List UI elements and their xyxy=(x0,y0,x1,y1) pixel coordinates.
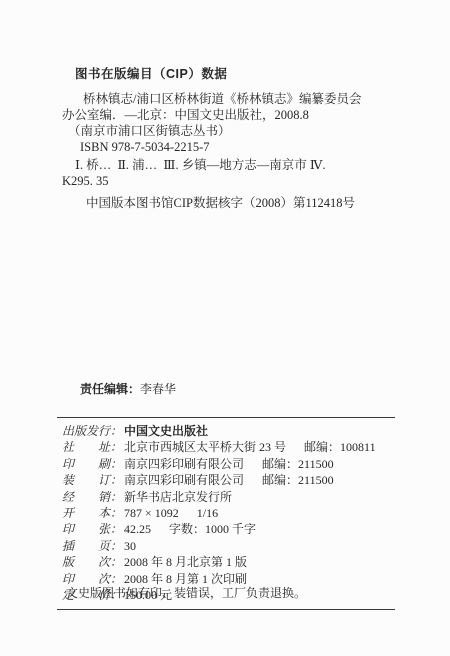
cip-publisher-line: 办公室编．—北京：中国文史出版社，2008.8 xyxy=(62,107,398,123)
cip-section: 图书在版编目（CIP）数据 桥林镇志/浦口区桥林街道《桥林镇志》编纂委员会 办公… xyxy=(62,66,398,211)
cip-isbn: ISBN 978-7-5034-2215-7 xyxy=(62,139,398,155)
colophon-section: 责任编辑：李春华 出版发行：中国文史出版社 社址：北京市西城区太平桥大街 23 … xyxy=(62,368,393,610)
cip-series-line: （南京市浦口区街镇志丛书） xyxy=(62,123,398,139)
row-colon: ： xyxy=(110,424,122,438)
row-format: 开本：787 × 10921/16 xyxy=(62,505,393,521)
row-publisher: 出版发行：中国文史出版社 xyxy=(62,423,393,439)
row-extra: 邮编：211500 xyxy=(262,473,334,487)
row-binding: 装订：南京四彩印刷有限公司邮编：211500 xyxy=(62,472,393,488)
row-colon: ： xyxy=(110,440,122,454)
row-label: 版次 xyxy=(62,554,110,570)
row-sheets: 印张：42.25字数：1000 千字 xyxy=(62,521,393,537)
row-value: 新华书店北京发行所 xyxy=(124,490,232,504)
colophon-rows: 出版发行：中国文史出版社 社址：北京市西城区太平桥大街 23 号邮编：10081… xyxy=(62,423,393,603)
cip-record-line: 中国版本图书馆CIP数据核字（2008）第112418号 xyxy=(62,195,398,211)
row-impression: 印次：2008 年 8 月第 1 次印刷 xyxy=(62,571,393,587)
row-label: 印张 xyxy=(62,521,110,537)
row-colon: ： xyxy=(110,522,122,536)
row-label: 装订 xyxy=(62,472,110,488)
row-extra: 邮编：100811 xyxy=(304,440,376,454)
row-label: 插页 xyxy=(62,538,110,554)
row-colon: ： xyxy=(110,539,122,553)
copyright-page: 图书在版编目（CIP）数据 桥林镇志/浦口区桥林街道《桥林镇志》编纂委员会 办公… xyxy=(0,0,450,656)
row-colon: ： xyxy=(110,555,122,569)
divider-bottom xyxy=(57,609,395,610)
row-label: 社址 xyxy=(62,439,110,455)
cip-class-code: K295. 35 xyxy=(62,173,398,189)
row-colon: ： xyxy=(110,490,122,504)
row-inserts: 插页：30 xyxy=(62,538,393,554)
row-extra: 1/16 xyxy=(197,506,218,520)
row-value: 南京四彩印刷有限公司 xyxy=(124,457,244,471)
row-colon: ： xyxy=(110,473,122,487)
row-extra: 邮编：211500 xyxy=(262,457,334,471)
row-label: 经销 xyxy=(62,489,110,505)
row-value: 南京四彩印刷有限公司 xyxy=(124,473,244,487)
cip-classification-line: Ⅰ. 桥… Ⅱ. 浦… Ⅲ. 乡镇—地方志—南京市 Ⅳ. xyxy=(62,157,398,173)
editor-label: 责任编辑 xyxy=(80,382,128,396)
editor-colon: ： xyxy=(128,382,140,396)
return-policy-note: 文史版图书如有印、装错误，工厂负责退换。 xyxy=(66,586,394,601)
row-label: 出版发行 xyxy=(62,423,110,439)
row-label: 印刷 xyxy=(62,456,110,472)
divider-top xyxy=(57,417,395,418)
row-label: 开本 xyxy=(62,505,110,521)
row-colon: ： xyxy=(110,457,122,471)
row-value: 中国文史出版社 xyxy=(124,424,208,438)
row-value: 30 xyxy=(124,539,136,553)
row-colon: ： xyxy=(110,506,122,520)
row-value: 2008 年 8 月北京第 1 版 xyxy=(124,555,247,569)
row-colon: ： xyxy=(110,572,122,586)
row-label: 印次 xyxy=(62,571,110,587)
row-distributor: 经销：新华书店北京发行所 xyxy=(62,489,393,505)
row-value: 2008 年 8 月第 1 次印刷 xyxy=(124,572,247,586)
row-edition: 版次：2008 年 8 月北京第 1 版 xyxy=(62,554,393,570)
cip-title-line: 桥林镇志/浦口区桥林街道《桥林镇志》编纂委员会 xyxy=(62,91,398,107)
row-printer: 印刷：南京四彩印刷有限公司邮编：211500 xyxy=(62,456,393,472)
row-value: 42.25 xyxy=(124,522,151,536)
row-value: 北京市西城区太平桥大街 23 号 xyxy=(124,440,286,454)
editor-name: 李春华 xyxy=(140,382,176,396)
row-value: 787 × 1092 xyxy=(124,506,179,520)
row-address: 社址：北京市西城区太平桥大街 23 号邮编：100811 xyxy=(62,439,393,455)
cip-heading: 图书在版编目（CIP）数据 xyxy=(75,66,398,82)
row-extra: 字数：1000 千字 xyxy=(169,522,256,536)
responsible-editor-row: 责任编辑：李春华 xyxy=(62,368,393,410)
